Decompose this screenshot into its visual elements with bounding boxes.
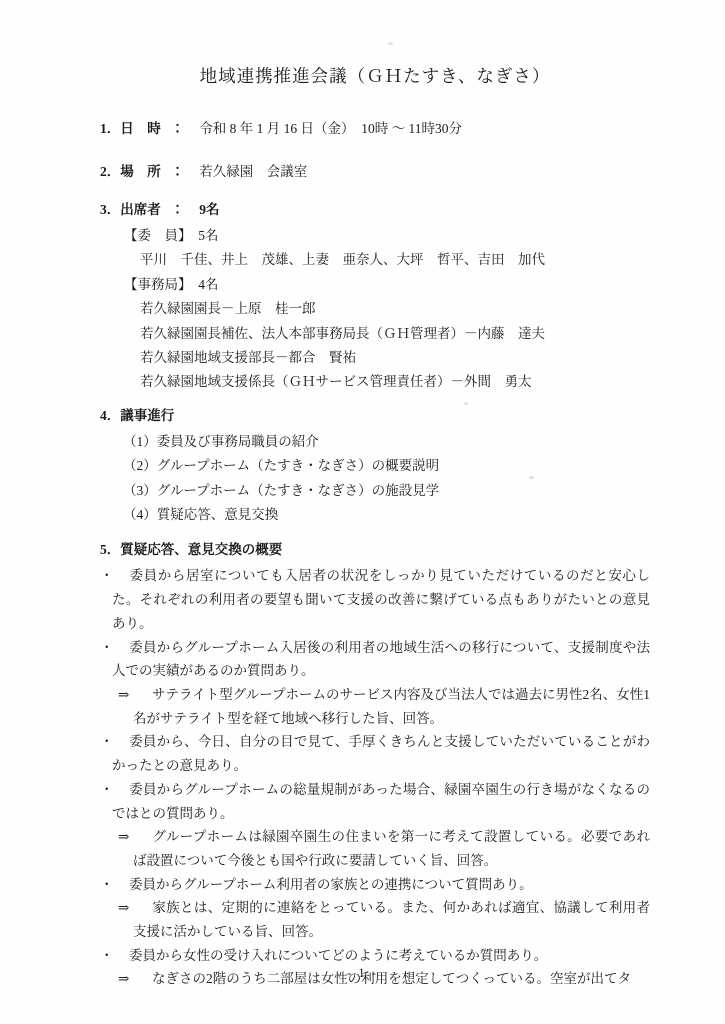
qa-title: 質疑応答、意見交換の概要 [120, 542, 282, 557]
separator-colon: ： [171, 121, 185, 136]
bullet-marker: ・ [100, 944, 129, 968]
arrow-marker: ⇒ [118, 683, 152, 707]
agenda-item: （3）グループホーム（たすき・なぎさ）の施設見学 [123, 479, 650, 503]
place-label: 場 所 [120, 164, 161, 179]
section-number: 1． [100, 121, 120, 136]
separator-colon: ： [171, 202, 185, 217]
secretariat-member: 若久緑園園長補佐、法人本部事務局長（ＧＨ管理者）－内藤 達夫 [140, 322, 650, 346]
qa-item-text: 委員から女性の受け入れについてどのように考えているか質問あり。 [129, 948, 547, 963]
bullet-marker: ・ [100, 873, 129, 897]
attendees-label: 出席者 [120, 202, 161, 217]
page-content: 地域連携推進会議（ＧＨたすき、なぎさ） 1．日 時：令和 8 年 1 月 16 … [0, 0, 725, 991]
bullet-marker: ・ [100, 636, 129, 660]
section-number: 4． [100, 408, 120, 423]
qa-item-text: 家族とは、定期的に連絡をとっている。また、何かあれば適宜、協議して利用者支援に活… [133, 900, 650, 939]
qa-comment-item: ・委員から女性の受け入れについてどのように考えているか質問あり。 [100, 944, 650, 968]
secretariat-member: 若久緑園地域支援部長－都合 賢祐 [140, 346, 650, 370]
section-number: 2． [100, 164, 120, 179]
arrow-marker: ⇒ [118, 896, 152, 920]
agenda-list: （1）委員及び事務局職員の紹介 （2）グループホーム（たすき・なぎさ）の概要説明… [100, 430, 650, 528]
bullet-marker: ・ [100, 778, 129, 802]
arrow-marker: ⇒ [118, 825, 152, 849]
section-qa-summary: 5．質疑応答、意見交換の概要 ・委員から居室についても入居者の状況をしっかり見て… [100, 541, 650, 991]
scan-artifact-speck [464, 402, 468, 405]
bullet-marker: ・ [100, 564, 129, 588]
agenda-item: （1）委員及び事務局職員の紹介 [123, 430, 650, 454]
qa-minutes-list: ・委員から居室についても入居者の状況をしっかり見ていただけているのだと安心した。… [100, 564, 650, 991]
qa-comment-item: ・委員からグループホーム入居後の利用者の地域生活への移行について、支援制度や法人… [100, 636, 650, 683]
qa-response-item: ⇒サテライト型グループホームのサービス内容及び当法人では過去に男性2名、女性1名… [100, 683, 650, 730]
attendees-count: 9名 [199, 202, 219, 217]
qa-comment-item: ・委員からグループホームの総量規制があった場合、緑園卒園生の行き場がなくなるので… [100, 778, 650, 825]
committee-group-header: 【委 員】 5名 [124, 224, 650, 248]
qa-heading: 5．質疑応答、意見交換の概要 [100, 541, 650, 559]
qa-comment-item: ・委員から、今日、自分の目で見て、手厚くきちんと支援していただいていることがわか… [100, 730, 650, 777]
section-place: 2．場 所：若久緑園 会議室 [100, 163, 650, 181]
page-number: - 1 - [0, 966, 725, 981]
agenda-heading: 4．議事進行 [100, 407, 650, 425]
secretariat-group-header: 【事務局】 4名 [124, 273, 650, 297]
scan-artifact-speck [529, 476, 534, 479]
qa-item-text: 委員からグループホーム利用者の家族との連携について質問あり。 [129, 877, 533, 892]
bullet-marker: ・ [100, 730, 129, 754]
committee-member-names: 平川 千佳、井上 茂雄、上妻 亜奈人、大坪 哲平、吉田 加代 [140, 248, 650, 272]
qa-comment-item: ・委員から居室についても入居者の状況をしっかり見ていただけているのだと安心した。… [100, 564, 650, 635]
separator-colon: ： [171, 164, 185, 179]
section-agenda: 4．議事進行 （1）委員及び事務局職員の紹介 （2）グループホーム（たすき・なぎ… [100, 407, 650, 528]
scanned-meeting-minutes-page: 地域連携推進会議（ＧＨたすき、なぎさ） 1．日 時：令和 8 年 1 月 16 … [0, 0, 725, 1024]
datetime-label: 日 時 [120, 121, 161, 136]
qa-item-text: グループホームは緑園卒園生の住まいを第一に考えて設置している。必要であれば設置に… [133, 829, 650, 868]
section-number: 5． [100, 542, 120, 557]
qa-item-text: 委員からグループホームの総量規制があった場合、緑園卒園生の行き場がなくなるのでは… [112, 782, 650, 821]
agenda-item: （2）グループホーム（たすき・なぎさ）の概要説明 [123, 454, 650, 478]
place-value: 若久緑園 会議室 [199, 164, 307, 179]
agenda-title: 議事進行 [120, 408, 174, 423]
qa-response-item: ⇒家族とは、定期的に連絡をとっている。また、何かあれば適宜、協議して利用者支援に… [100, 896, 650, 943]
qa-item-text: 委員からグループホーム入居後の利用者の地域生活への移行について、支援制度や法人で… [112, 640, 650, 679]
secretariat-member: 若久緑園園長－上原 桂一郎 [140, 297, 650, 321]
qa-item-text: 委員から、今日、自分の目で見て、手厚くきちんと支援していただいていることがわかっ… [112, 734, 650, 773]
section-datetime: 1．日 時：令和 8 年 1 月 16 日（金） 10時 ～ 11時30分 [100, 120, 650, 138]
attendee-list: 【委 員】 5名 平川 千佳、井上 茂雄、上妻 亜奈人、大坪 哲平、吉田 加代 … [100, 224, 650, 395]
attendees-heading: 3．出席者：9名 [100, 201, 650, 219]
agenda-item: （4）質疑応答、意見交換 [123, 503, 650, 527]
qa-comment-item: ・委員からグループホーム利用者の家族との連携について質問あり。 [100, 873, 650, 897]
qa-response-item: ⇒グループホームは緑園卒園生の住まいを第一に考えて設置している。必要であれば設置… [100, 825, 650, 872]
secretariat-member: 若久緑園地域支援係長（ＧＨサービス管理責任者）－外間 勇太 [140, 370, 650, 394]
scan-artifact-speck [388, 42, 393, 45]
section-attendees: 3．出席者：9名 【委 員】 5名 平川 千佳、井上 茂雄、上妻 亜奈人、大坪 … [100, 201, 650, 395]
section-number: 3． [100, 202, 120, 217]
document-title: 地域連携推進会議（ＧＨたすき、なぎさ） [100, 64, 650, 88]
qa-item-text: サテライト型グループホームのサービス内容及び当法人では過去に男性2名、女性1名が… [133, 687, 650, 726]
qa-item-text: 委員から居室についても入居者の状況をしっかり見ていただけているのだと安心した。そ… [112, 568, 650, 630]
datetime-value: 令和 8 年 1 月 16 日（金） 10時 ～ 11時30分 [199, 121, 462, 136]
